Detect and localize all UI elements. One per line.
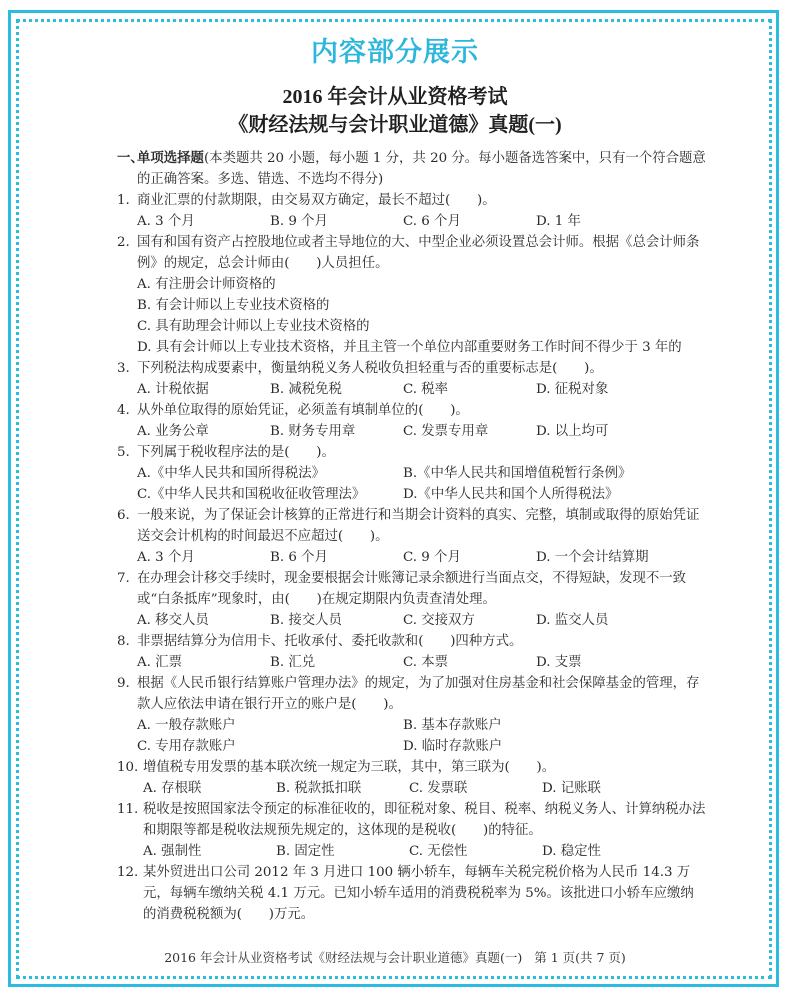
section-heading: 单项选择题 <box>137 151 204 166</box>
question-number: 9. <box>117 673 130 694</box>
question-item: 12.某外贸进出口公司 2012 年 3 月进口 100 辆小轿车，每辆车关税完… <box>117 862 707 925</box>
answer-option: C. 专用存款账户 <box>137 736 403 757</box>
answer-option: B. 基本存款账户 <box>403 715 669 736</box>
answer-option: D. 以上均可 <box>536 421 669 442</box>
answer-option: A. 业务公章 <box>137 421 270 442</box>
answer-option: A. 存根联 <box>143 778 276 799</box>
question-text: 增值税专用发票的基本联次统一规定为三联，其中，第三联为( )。 <box>143 757 707 778</box>
section-header: 一、单项选择题(本类题共 20 小题，每小题 1 分，共 20 分。每小题备选答… <box>117 148 707 190</box>
answer-option: A. 强制性 <box>143 841 276 862</box>
question-text: 根据《人民币银行结算账户管理办法》的规定，为了加强对住房基金和社会保障基金的管理… <box>137 673 707 715</box>
answer-option: D.《中华人民共和国个人所得税法》 <box>403 484 669 505</box>
answer-option: A. 汇票 <box>137 652 270 673</box>
question-text: 下列税法构成要素中，衡量纳税义务人税收负担轻重与否的重要标志是( )。 <box>137 358 707 379</box>
answer-options: A.《中华人民共和国所得税法》B.《中华人民共和国增值税暂行条例》C.《中华人民… <box>137 463 707 505</box>
answer-option: C. 6 个月 <box>403 211 536 232</box>
question-item: 2.国有和国有资产占控股地位或者主导地位的大、中型企业必须设置总会计师。根据《总… <box>117 232 707 358</box>
question-number: 6. <box>117 505 130 526</box>
answer-option: D. 一个会计结算期 <box>536 547 669 568</box>
answer-option: C. 发票专用章 <box>403 421 536 442</box>
answer-option: B.《中华人民共和国增值税暂行条例》 <box>403 463 669 484</box>
answer-options: A. 一般存款账户B. 基本存款账户C. 专用存款账户D. 临时存款账户 <box>137 715 707 757</box>
question-text: 一般来说，为了保证会计核算的正常进行和当期会计资料的真实、完整，填制或取得的原始… <box>137 505 707 547</box>
answer-options: A. 移交人员B. 接交人员C. 交接双方D. 监交人员 <box>137 610 707 631</box>
answer-option: A. 一般存款账户 <box>137 715 403 736</box>
question-text: 税收是按照国家法令预定的标准征收的，即征税对象、税目、税率、纳税义务人、计算纳税… <box>143 799 707 841</box>
answer-options: A. 存根联B. 税款抵扣联C. 发票联D. 记账联 <box>143 778 707 799</box>
question-text: 商业汇票的付款期限，由交易双方确定，最长不超过( )。 <box>137 190 707 211</box>
question-number: 11. <box>117 799 138 820</box>
document-title-line1: 2016 年会计从业资格考试 <box>0 80 790 109</box>
question-number: 2. <box>117 232 130 253</box>
answer-option: C. 9 个月 <box>403 547 536 568</box>
answer-option: B. 税款抵扣联 <box>276 778 409 799</box>
section-instructions: (本类题共 20 小题，每小题 1 分，共 20 分。每小题备选答案中，只有一个… <box>137 151 706 187</box>
question-text: 下列属于税收程序法的是( )。 <box>137 442 707 463</box>
answer-options: A. 有注册会计师资格的B. 有会计师以上专业技术资格的C. 具有助理会计师以上… <box>137 274 707 358</box>
answer-option: C. 交接双方 <box>403 610 536 631</box>
question-item: 4.从外单位取得的原始凭证，必须盖有填制单位的( )。A. 业务公章B. 财务专… <box>117 400 707 442</box>
answer-options: A. 强制性B. 固定性C. 无偿性D. 稳定性 <box>143 841 707 862</box>
answer-option: D. 具有会计师以上专业技术资格，并且主管一个单位内部重要财务工作时间不得少于 … <box>137 337 707 358</box>
answer-option: D. 征税对象 <box>536 379 669 400</box>
question-number: 10. <box>117 757 138 778</box>
answer-option: A. 移交人员 <box>137 610 270 631</box>
question-list: 一、单项选择题(本类题共 20 小题，每小题 1 分，共 20 分。每小题备选答… <box>117 148 707 925</box>
answer-option: D. 记账联 <box>542 778 675 799</box>
question-item: 9.根据《人民币银行结算账户管理办法》的规定，为了加强对住房基金和社会保障基金的… <box>117 673 707 757</box>
answer-option: B. 有会计师以上专业技术资格的 <box>137 295 707 316</box>
question-number: 7. <box>117 568 130 589</box>
page-footer: 2016 年会计从业资格考试《财经法规与会计职业道德》真题(一) 第 1 页(共… <box>0 948 790 966</box>
question-text: 国有和国有资产占控股地位或者主导地位的大、中型企业必须设置总会计师。根据《总会计… <box>137 232 707 274</box>
answer-option: B. 固定性 <box>276 841 409 862</box>
answer-option: D. 1 年 <box>536 211 669 232</box>
answer-options: A. 3 个月B. 9 个月C. 6 个月D. 1 年 <box>137 211 707 232</box>
banner-heading: 内容部分展示 <box>0 30 790 69</box>
question-text: 某外贸进出口公司 2012 年 3 月进口 100 辆小轿车，每辆车关税完税价格… <box>143 862 707 925</box>
footer-title: 2016 年会计从业资格考试《财经法规与会计职业道德》真题(一) <box>164 950 522 965</box>
question-item: 10.增值税专用发票的基本联次统一规定为三联，其中，第三联为( )。A. 存根联… <box>117 757 707 799</box>
question-number: 3. <box>117 358 130 379</box>
section-number: 一、 <box>117 148 144 169</box>
answer-option: B. 减税免税 <box>270 379 403 400</box>
document-title-line2: 《财经法规与会计职业道德》真题(一) <box>0 108 790 137</box>
answer-option: C. 无偿性 <box>409 841 542 862</box>
answer-options: A. 3 个月B. 6 个月C. 9 个月D. 一个会计结算期 <box>137 547 707 568</box>
question-item: 5.下列属于税收程序法的是( )。A.《中华人民共和国所得税法》B.《中华人民共… <box>117 442 707 505</box>
answer-options: A. 计税依据B. 减税免税C. 税率D. 征税对象 <box>137 379 707 400</box>
answer-options: A. 业务公章B. 财务专用章C. 发票专用章D. 以上均可 <box>137 421 707 442</box>
answer-option: C.《中华人民共和国税收征收管理法》 <box>137 484 403 505</box>
answer-option: C. 具有助理会计师以上专业技术资格的 <box>137 316 707 337</box>
answer-option: D. 稳定性 <box>542 841 675 862</box>
questions-container: 1.商业汇票的付款期限，由交易双方确定，最长不超过( )。A. 3 个月B. 9… <box>117 190 707 925</box>
question-number: 5. <box>117 442 130 463</box>
question-item: 11.税收是按照国家法令预定的标准征收的，即征税对象、税目、税率、纳税义务人、计… <box>117 799 707 862</box>
answer-option: A. 有注册会计师资格的 <box>137 274 707 295</box>
answer-option: B. 6 个月 <box>270 547 403 568</box>
question-item: 7.在办理会计移交手续时，现金要根据会计账簿记录余额进行当面点交，不得短缺，发现… <box>117 568 707 631</box>
question-number: 4. <box>117 400 130 421</box>
answer-option: B. 9 个月 <box>270 211 403 232</box>
answer-option: A. 3 个月 <box>137 547 270 568</box>
question-item: 8.非票据结算分为信用卡、托收承付、委托收款和( )四种方式。A. 汇票B. 汇… <box>117 631 707 673</box>
answer-option: B. 汇兑 <box>270 652 403 673</box>
question-text: 从外单位取得的原始凭证，必须盖有填制单位的( )。 <box>137 400 707 421</box>
answer-option: C. 发票联 <box>409 778 542 799</box>
answer-option: D. 支票 <box>536 652 669 673</box>
question-item: 3.下列税法构成要素中，衡量纳税义务人税收负担轻重与否的重要标志是( )。A. … <box>117 358 707 400</box>
answer-option: C. 税率 <box>403 379 536 400</box>
question-item: 1.商业汇票的付款期限，由交易双方确定，最长不超过( )。A. 3 个月B. 9… <box>117 190 707 232</box>
question-text: 在办理会计移交手续时，现金要根据会计账簿记录余额进行当面点交，不得短缺，发现不一… <box>137 568 707 610</box>
footer-page-number: 第 1 页(共 7 页) <box>534 950 626 965</box>
question-text: 非票据结算分为信用卡、托收承付、委托收款和( )四种方式。 <box>137 631 707 652</box>
question-number: 1. <box>117 190 130 211</box>
answer-option: D. 监交人员 <box>536 610 669 631</box>
answer-option: C. 本票 <box>403 652 536 673</box>
answer-option: A.《中华人民共和国所得税法》 <box>137 463 403 484</box>
answer-option: B. 接交人员 <box>270 610 403 631</box>
question-number: 8. <box>117 631 130 652</box>
question-item: 6.一般来说，为了保证会计核算的正常进行和当期会计资料的真实、完整，填制或取得的… <box>117 505 707 568</box>
answer-option: A. 3 个月 <box>137 211 270 232</box>
answer-option: B. 财务专用章 <box>270 421 403 442</box>
answer-options: A. 汇票B. 汇兑C. 本票D. 支票 <box>137 652 707 673</box>
answer-option: A. 计税依据 <box>137 379 270 400</box>
question-number: 12. <box>117 862 138 883</box>
answer-option: D. 临时存款账户 <box>403 736 669 757</box>
